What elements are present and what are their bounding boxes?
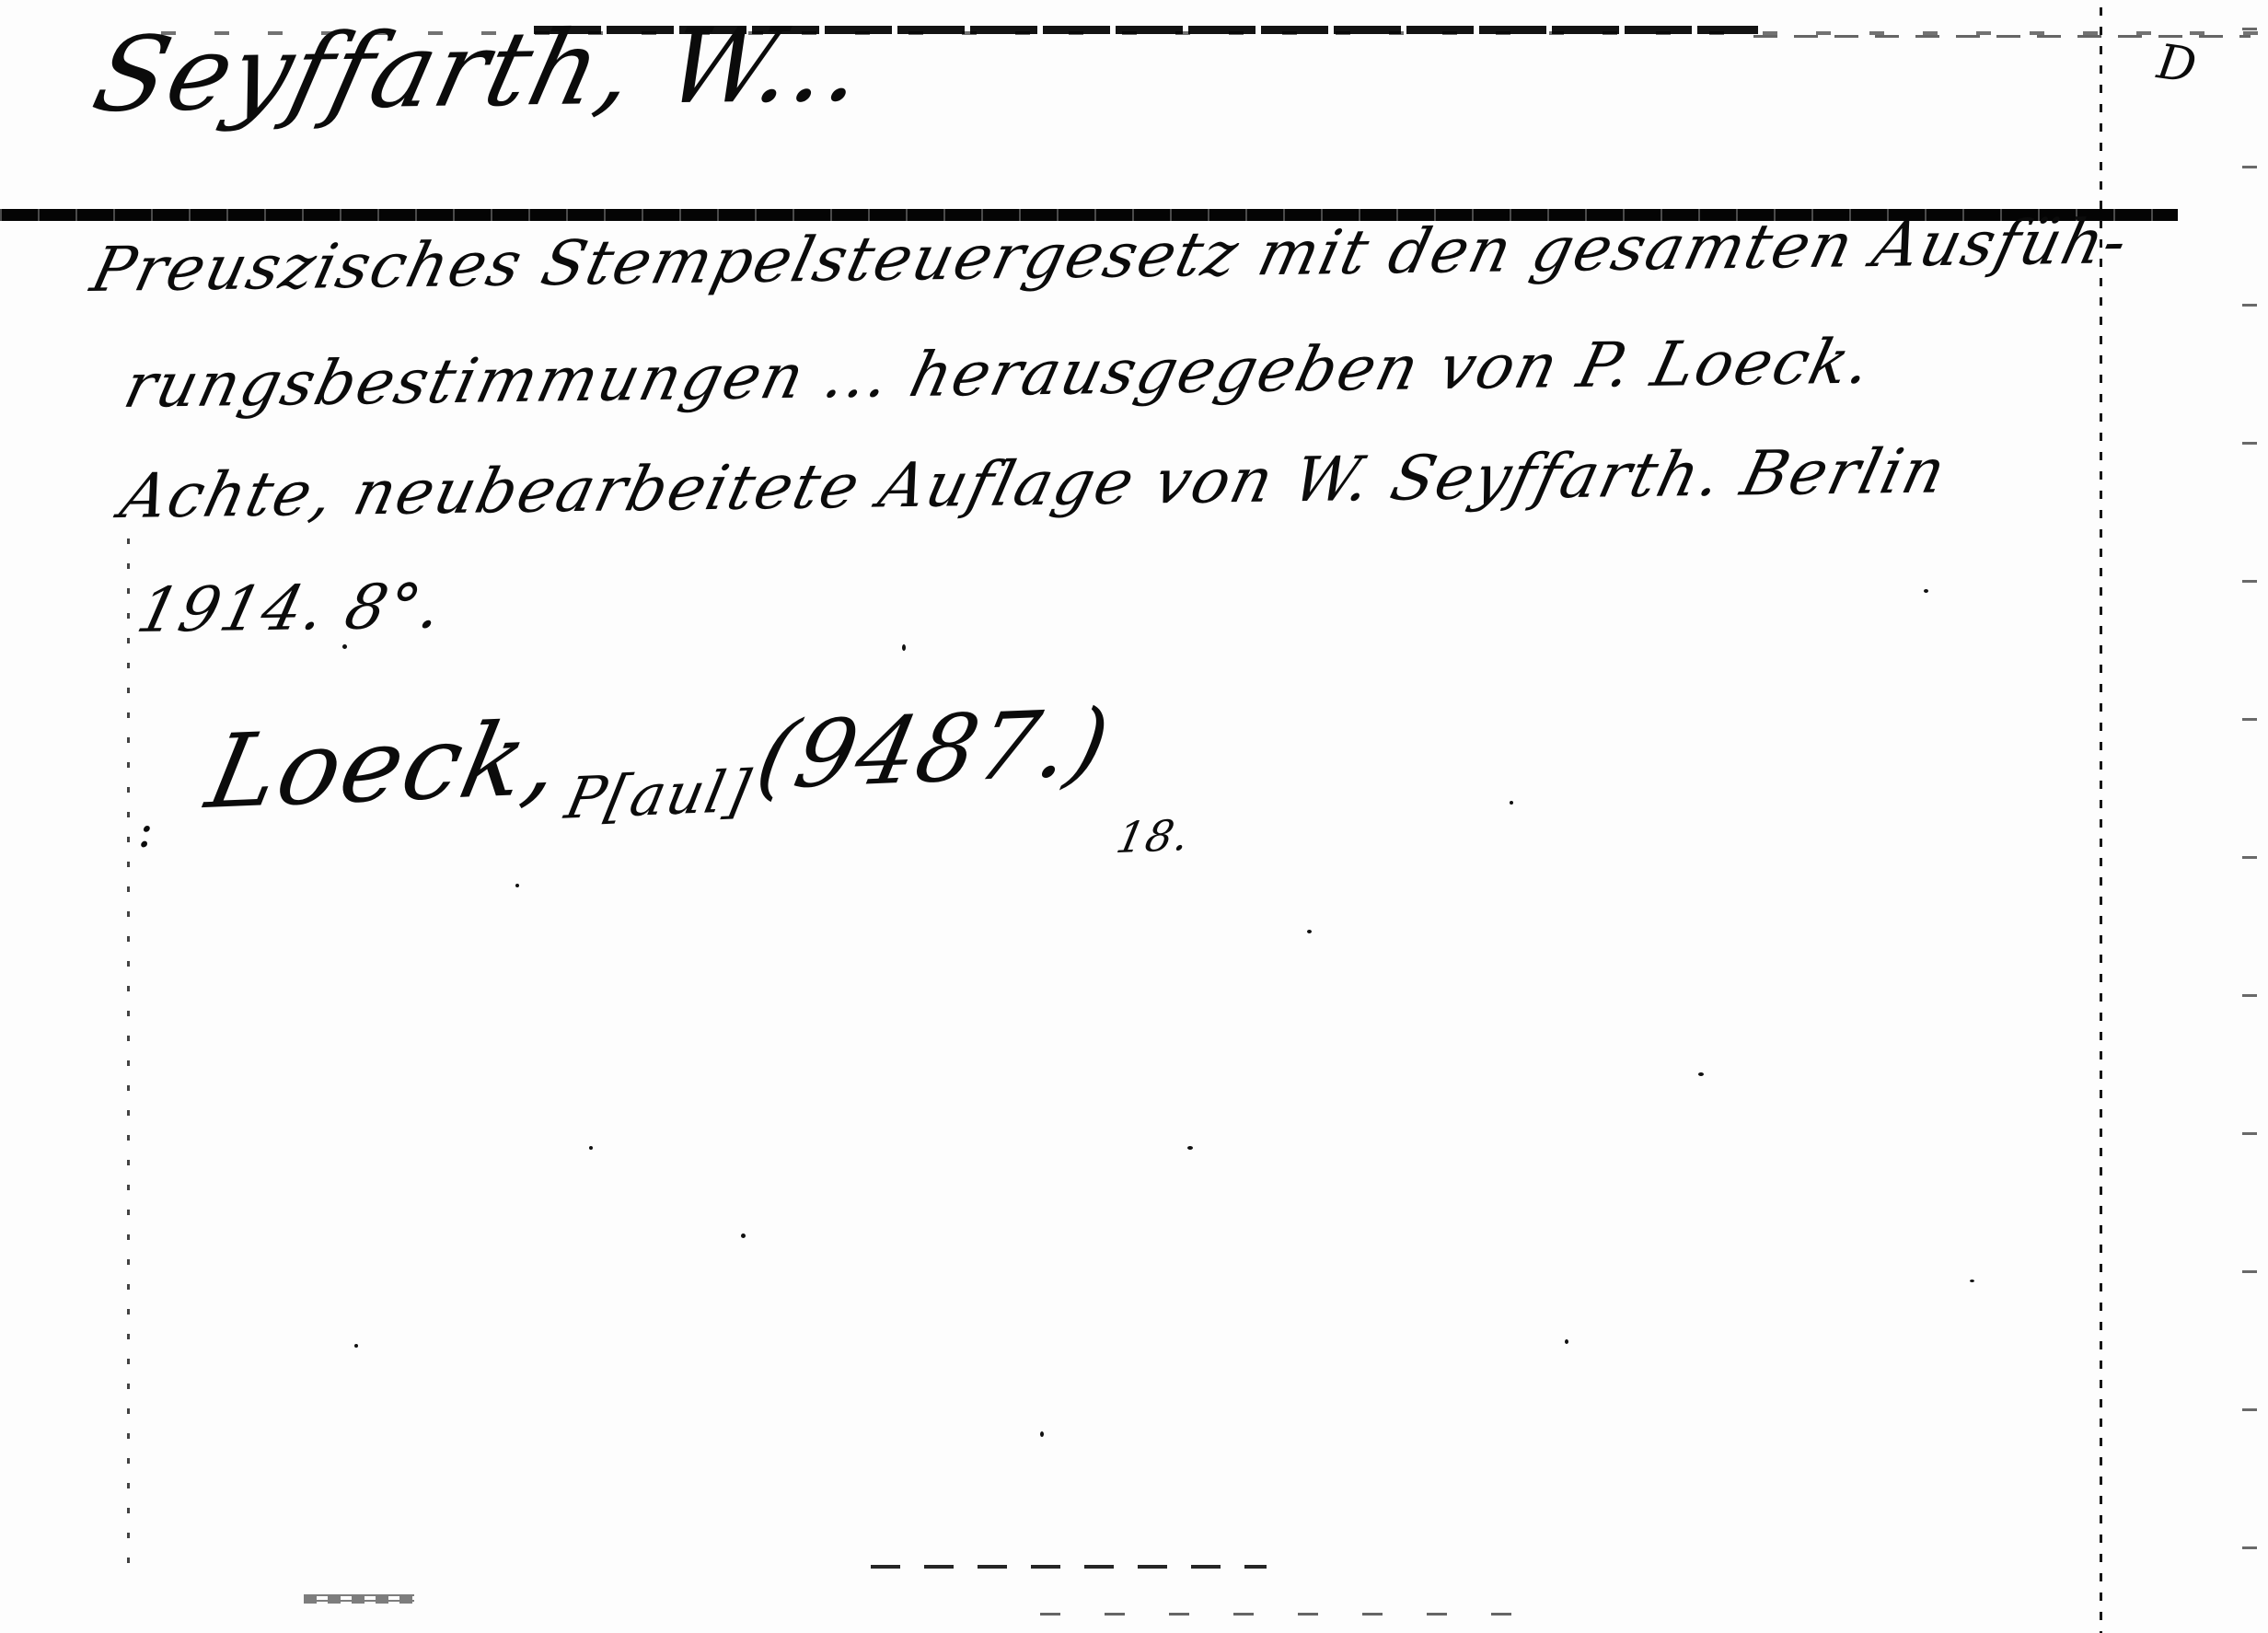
card-heading: Seyffarth, W...	[81, 0, 879, 144]
right-edge-scan-marks	[2242, 28, 2257, 1611]
cross-reference-surname: Loeck,	[198, 699, 573, 831]
corner-letter-mark: D	[2154, 34, 2200, 94]
ink-speck	[1187, 1146, 1193, 1150]
ink-speck	[589, 1146, 593, 1150]
ink-speck	[1698, 1072, 1704, 1076]
entry-line-2: rungsbestimmungen ... herausgegeben von …	[118, 326, 1880, 422]
catalog-card: Seyffarth, W... D Preuszisches Stempelst…	[0, 0, 2268, 1633]
left-dotted-guide-line	[127, 539, 130, 1574]
scan-noise-bottom-2	[1040, 1613, 1556, 1616]
cross-reference-forename: P[aul]	[560, 757, 758, 831]
cross-reference-lead-mark: :	[136, 803, 154, 858]
entry-line-4: 1914. 8°.	[131, 570, 451, 646]
scan-noise-bottom-3	[304, 1594, 414, 1604]
ink-speck	[1924, 589, 1928, 593]
scan-noise-bottom-1	[871, 1565, 1267, 1569]
ink-speck	[1565, 1339, 1568, 1344]
ink-speck	[741, 1233, 746, 1238]
cross-reference-date-mark: 18.	[1113, 810, 1197, 863]
entry-line-3: Achte, neubearbeitete Auflage von W. Sey…	[114, 434, 1954, 532]
ink-speck	[1510, 801, 1513, 805]
cross-reference-line: : Loeck, P[aul] (9487.) 18.	[134, 688, 1186, 888]
ink-speck	[342, 644, 347, 649]
ink-speck	[1040, 1431, 1044, 1437]
ink-speck	[515, 884, 519, 887]
ink-speck	[1307, 930, 1312, 933]
cross-reference-number: (9487.)	[748, 689, 1120, 811]
ink-speck	[354, 1344, 358, 1348]
ink-speck	[902, 644, 906, 651]
ink-speck	[1970, 1280, 1974, 1282]
